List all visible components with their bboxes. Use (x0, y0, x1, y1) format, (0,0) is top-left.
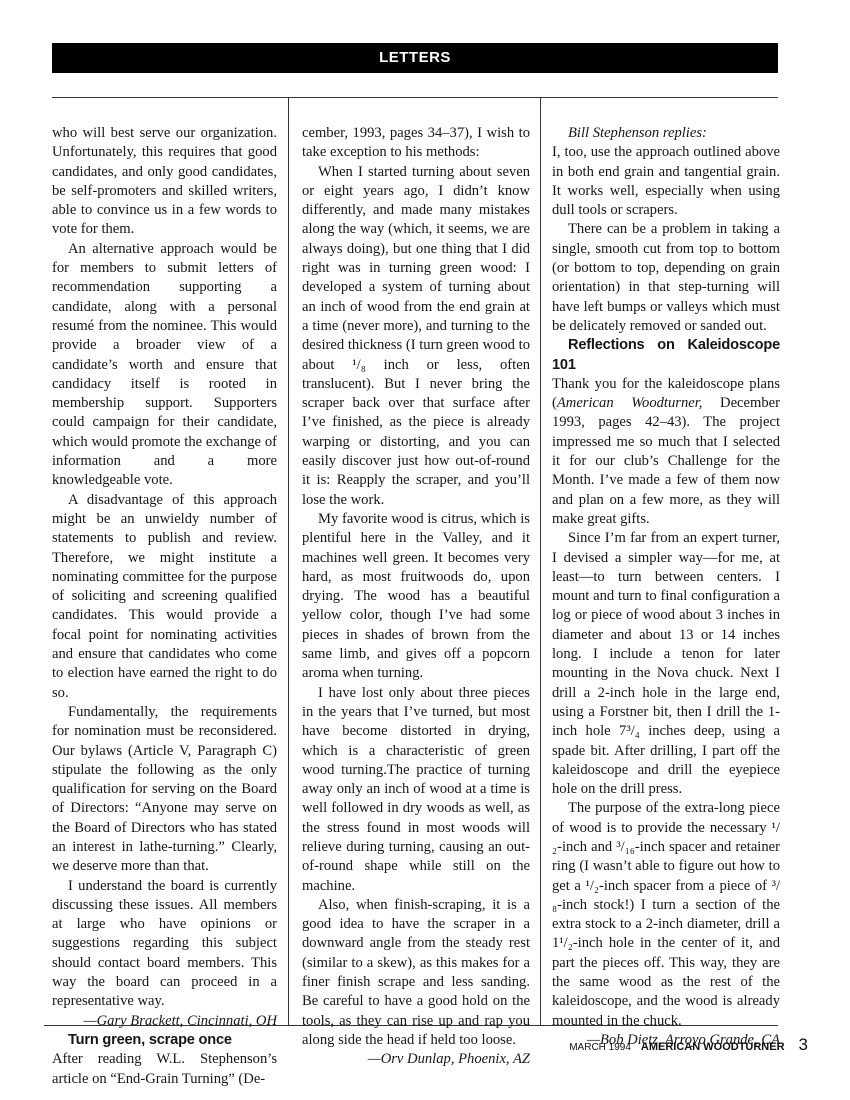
paragraph: When I started turning about seven or ei… (302, 163, 530, 510)
page-number: 3 (799, 1035, 808, 1055)
text-run: December 1993, pages 42–43). The project… (552, 395, 780, 527)
magazine-name: AMERICAN WOODTURNER (641, 1041, 785, 1053)
column-3: Bill Stephenson replies: I, too, use the… (552, 124, 780, 1050)
paragraph: After reading W.L. Stephenson’s article … (52, 1050, 277, 1089)
letter-heading: Reflections on Kaleidoscope 101 (552, 336, 780, 375)
top-rule (52, 97, 778, 98)
column-divider-2 (540, 97, 541, 1025)
paragraph: Also, when finish-scraping, it is a good… (302, 896, 530, 1050)
paragraph: cember, 1993, pages 34–37), I wish to ta… (302, 124, 530, 163)
reply-label: Bill Stephenson replies: (552, 124, 780, 143)
letter-signature: —Gary Brackett, Cincinnati, OH (52, 1012, 277, 1031)
issue-date: MARCH 1994 (569, 1042, 631, 1053)
column-divider-1 (288, 97, 289, 1025)
paragraph: An alternative approach would be for mem… (52, 240, 277, 491)
section-title: LETTERS (379, 49, 451, 66)
column-1: who will best serve our organization. Un… (52, 124, 277, 1089)
paragraph: A disadvantage of this approach might be… (52, 491, 277, 703)
section-header-bar: LETTERS (52, 43, 778, 73)
column-2: cember, 1993, pages 34–37), I wish to ta… (302, 124, 530, 1070)
paragraph: Since I’m far from an expert turner, I d… (552, 529, 780, 799)
magazine-title-emphasis: American Woodturner, (557, 395, 703, 411)
paragraph: who will best serve our organization. Un… (52, 124, 277, 240)
page-footer: MARCH 1994 AMERICAN WOODTURNER 3 (569, 1035, 808, 1055)
paragraph: I understand the board is currently disc… (52, 877, 277, 1012)
paragraph: I have lost only about three pieces in t… (302, 684, 530, 896)
paragraph: I, too, use the approach outlined above … (552, 143, 780, 220)
paragraph: There can be a problem in taking a singl… (552, 220, 780, 336)
letter-signature: —Orv Dunlap, Phoenix, AZ (302, 1050, 530, 1069)
paragraph: Thank you for the kaleidoscope plans (Am… (552, 375, 780, 529)
paragraph: My favorite wood is citrus, which is ple… (302, 510, 530, 684)
paragraph: The purpose of the extra-long piece of w… (552, 799, 780, 1031)
letter-heading: Turn green, scrape once (52, 1031, 277, 1050)
paragraph: Fundamentally, the requirements for nomi… (52, 703, 277, 877)
